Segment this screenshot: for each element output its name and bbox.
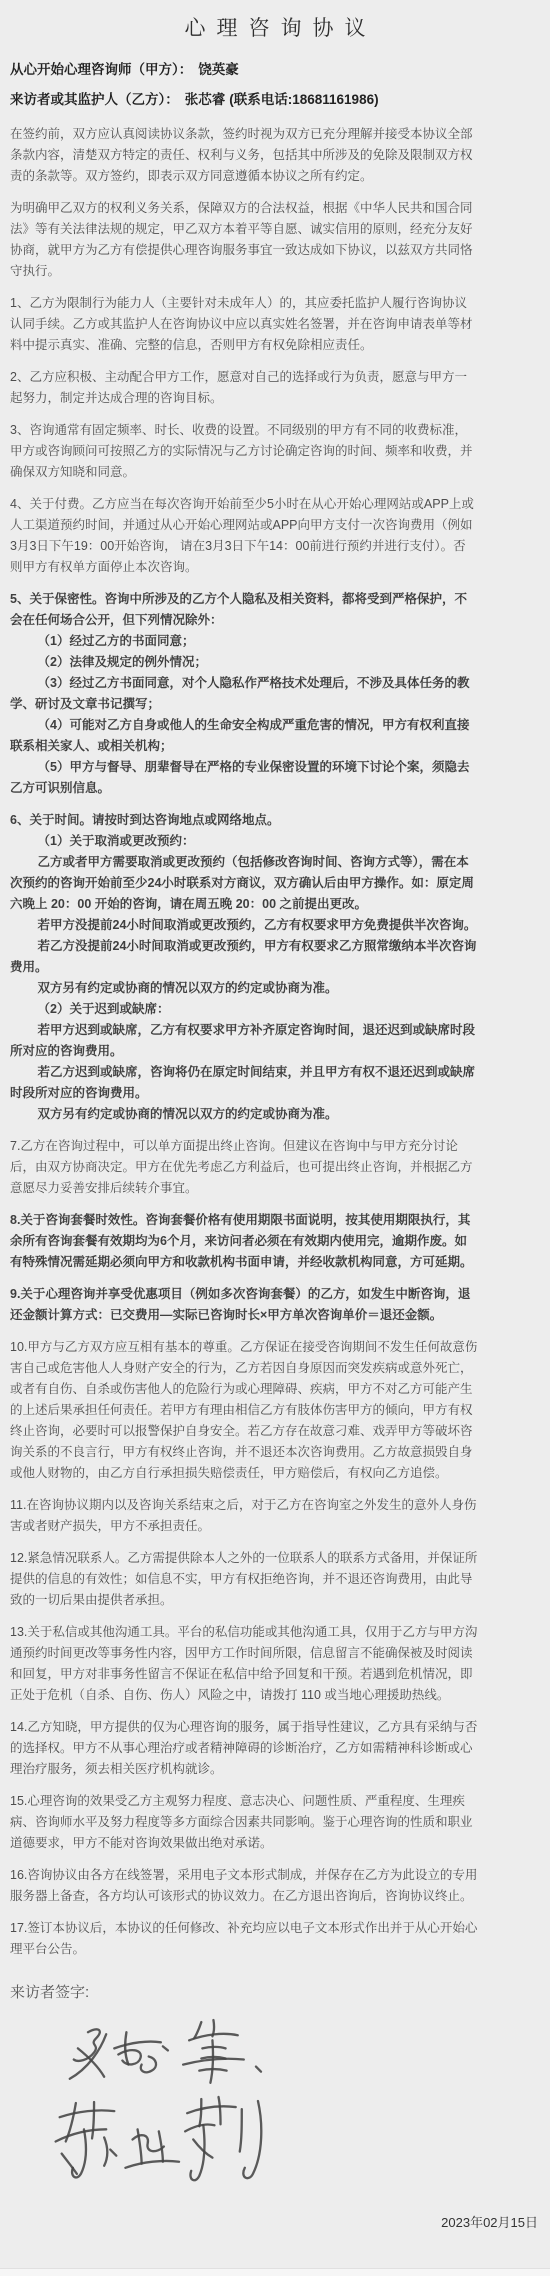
clause-1: 1、乙方为限制行为能力人（主要针对未成年人）的，其应委托监护人履行咨询协议认同手… — [10, 293, 478, 356]
party-a-label: 从心开始心理咨询师（甲方）： — [10, 62, 192, 77]
clause-8: 8.关于咨询套餐时效性。咨询套餐价格有使用期限书面说明，按其使用期限执行，其余所… — [10, 1210, 478, 1273]
clause-5-item-5: （5）甲方与督导、朋辈督导在严格的专业保密设置的环境下讨论个案，须隐去乙方可识别… — [10, 757, 478, 799]
clause-5-item-4: （4）可能对乙方自身或他人的生命安全构成严重危害的情况，甲方有权利直接联系相关家… — [10, 715, 478, 757]
clause-6-item-1-note: 双方另有约定或协商的情况以双方的约定或协商为准。 — [10, 978, 478, 999]
page-bottom-divider — [0, 2268, 550, 2276]
clause-6-item-1-rule-a: 若甲方没提前24小时间取消或更改预约，乙方有权要求甲方免费提供半次咨询。 — [10, 915, 478, 936]
clause-3: 3、咨询通常有固定频率、时长、收费的设置。不同级别的甲方有不同的收费标准，甲方或… — [10, 420, 478, 483]
clause-10: 10.甲方与乙方双方应互相有基本的尊重。乙方保证在接受咨询期间不发生任何故意伤害… — [10, 1337, 478, 1484]
clause-6-item-2-rule-b: 若乙方迟到或缺席，咨询将仍在原定时间结束，并且甲方有权不退还迟到或缺席时段所对应… — [10, 1062, 478, 1104]
clause-9: 9.关于心理咨询并享受优惠项目（例如多次咨询套餐）的乙方，如发生中断咨询，退还金… — [10, 1284, 478, 1326]
party-a-line: 从心开始心理咨询师（甲方）：饶英豪 — [10, 60, 480, 79]
clause-5-item-2: （2）法律及规定的例外情况； — [10, 652, 478, 673]
clause-15: 15.心理咨询的效果受乙方主观努力程度、意志决心、问题性质、严重程度、生理疾病、… — [10, 1791, 478, 1854]
clause-6-item-2-rule-a: 若甲方迟到或缺席，乙方有权要求甲方补齐原定咨询时间，退还迟到或缺席时段所对应的咨… — [10, 1020, 478, 1062]
clause-16: 16.咨询协议由各方在线签署，采用电子文本形式制成，并保存在乙方为此设立的专用服… — [10, 1865, 478, 1907]
agreement-body: 在签约前，双方应认真阅读协议条款，签约时视为双方已充分理解并接受本协议全部条款内… — [10, 124, 478, 1960]
clause-12: 12.紧急情况联系人。乙方需提供除本人之外的一位联系人的联系方式备用，并保证所提… — [10, 1548, 478, 1611]
party-a-name: 饶英豪 — [198, 62, 239, 77]
clause-7: 7.乙方在咨询过程中，可以单方面提出终止咨询。但建议在咨询中与甲方充分讨论后，由… — [10, 1136, 478, 1199]
clause-17: 17.签订本协议后，本协议的任何修改、补充均应以电子文本形式作出并于从心开始心理… — [10, 1918, 478, 1960]
clause-5-block: 5、关于保密性。咨询中所涉及的乙方个人隐私及相关资料，都将受到严格保护，不会在任… — [10, 589, 478, 799]
clause-5-item-1: （1）经过乙方的书面同意； — [10, 631, 478, 652]
party-b-line: 来访者或其监护人（乙方）：张芯睿(联系电话:18681161986) — [10, 90, 480, 109]
clause-6-block: 6、关于时间。请按时到达咨询地点或网络地点。 （1）关于取消或更改预约： 乙方或… — [10, 810, 478, 1125]
clause-6-item-2-note: 双方另有约定或协商的情况以双方的约定或协商为准。 — [10, 1104, 478, 1125]
party-b-name: 张芯睿 — [185, 92, 226, 107]
intro-paragraph-1: 在签约前，双方应认真阅读协议条款，签约时视为双方已充分理解并接受本协议全部条款内… — [10, 124, 478, 187]
party-b-phone: (联系电话:18681161986) — [229, 92, 378, 107]
clause-11: 11.在咨询协议期内以及咨询关系结束之后，对于乙方在咨询室之外发生的意外人身伤害… — [10, 1495, 478, 1537]
clause-6-item-1-rule-b: 若乙方没提前24小时间取消或更改预约，甲方有权要求乙方照常缴纳本半次咨询费用。 — [10, 936, 478, 978]
agreement-date: 2023年02月15日 — [0, 2212, 538, 2231]
clause-13: 13.关于私信或其他沟通工具。平台的私信功能或其他沟通工具，仅用于乙方与甲方沟通… — [10, 1622, 478, 1706]
clause-6: 6、关于时间。请按时到达咨询地点或网络地点。 — [10, 810, 478, 831]
page-title: 心理咨询协议 — [0, 0, 550, 42]
clause-6-item-1: （1）关于取消或更改预约： — [10, 831, 478, 852]
clause-5-item-3: （3）经过乙方书面同意，对个人隐私作严格技术处理后，不涉及具体任务的教学、研讨及… — [10, 673, 478, 715]
visitor-signature-handwriting — [52, 2014, 298, 2186]
clause-6-item-1-detail: 乙方或者甲方需要取消或更改预约（包括修改咨询时间、咨询方式等），需在本次预约的咨… — [10, 852, 478, 915]
clause-5: 5、关于保密性。咨询中所涉及的乙方个人隐私及相关资料，都将受到严格保护，不会在任… — [10, 589, 478, 631]
party-b-label: 来访者或其监护人（乙方）： — [10, 92, 179, 107]
intro-paragraph-2: 为明确甲乙双方的权利义务关系，保障双方的合法权益，根据《中华人民共和国合同法》等… — [10, 198, 478, 282]
clause-4: 4、关于付费。乙方应当在每次咨询开始前至少5小时在从心开始心理网站或APP上或人… — [10, 494, 478, 578]
agreement-document: 心理咨询协议 从心开始心理咨询师（甲方）：饶英豪 来访者或其监护人（乙方）：张芯… — [0, 0, 550, 2276]
clause-6-item-2: （2）关于迟到或缺席： — [10, 999, 478, 1020]
visitor-signature-label: 来访者签字: — [10, 1981, 550, 2002]
clause-14: 14.乙方知晓，甲方提供的仅为心理咨询的服务，属于指导性建议，乙方具有采纳与否的… — [10, 1717, 478, 1780]
clause-2: 2、乙方应积极、主动配合甲方工作，愿意对自己的选择或行为负责，愿意与甲方一起努力… — [10, 367, 478, 409]
